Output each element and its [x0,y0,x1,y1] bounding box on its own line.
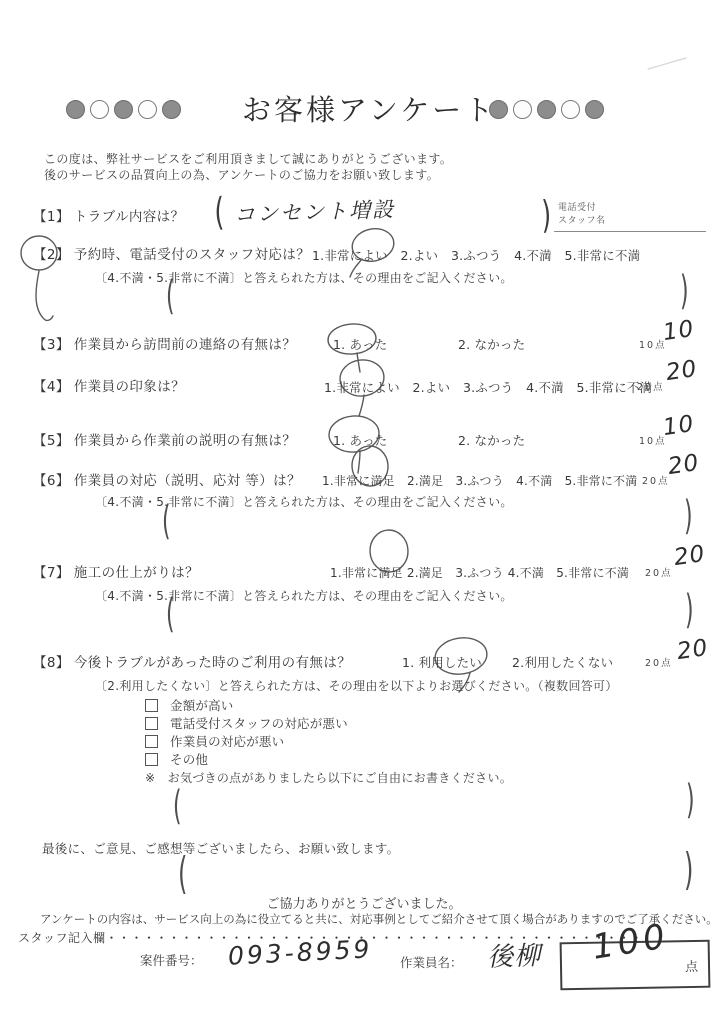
checkbox-reason-other[interactable] [145,753,158,766]
question-4-score-label: 20点 [637,379,665,393]
question-6-text: 作業員の対応（説明、応対 等）は？ [74,473,301,489]
q8-free-open-paren: ( [173,786,182,826]
question-6: 【6】作業員の対応（説明、応対 等）は？ [33,469,301,489]
decor-circle-filled [489,100,508,119]
question-7: 【7】施工の仕上がりは？ [33,561,199,581]
question-7-note: 〔4.不満・5.非常に不満〕と答えられた方は、その理由をご記入ください。 [95,587,513,604]
hw-tail-q5-answer [358,451,360,473]
question-4-score-handwritten: 20 [664,356,699,386]
intro-line-1: この度は、弊社サービスをご利用頂きまして誠にありがとうございます。 [44,150,452,167]
question-1-number: 【1】 [33,209,70,225]
question-6-score-label: 20点 [642,473,670,487]
total-score-unit: 点 [685,956,698,975]
question-5-score-label: 10点 [639,433,667,447]
checkbox-reason-price[interactable] [145,699,158,712]
question-5-option-2: 2. なかった [458,431,525,449]
question-4-options: 1.非常によい 2.よい 3.ふつう 4.不満 5.非常に不満 [324,378,652,396]
question-7-score-label: 20点 [645,565,673,579]
phone-reception-label: 電話受付 [558,200,596,213]
q1-handwritten-answer: コンセント増設 [233,193,395,229]
scan-artifact-line [648,58,686,69]
question-3-option-1: 1. あった [333,335,387,353]
question-7-score-handwritten: 20 [672,541,707,571]
reason-label-other: その他 [170,750,208,768]
question-4-text: 作業員の印象は？ [74,379,185,395]
question-3: 【3】作業員から訪問前の連絡の有無は？ [33,333,296,353]
q6-reason-close-paren: ) [684,496,693,536]
intro-line-2: 後のサービスの品質向上の為、アンケートのご協力をお願い致します。 [44,166,439,183]
question-1: 【1】トラブル内容は？ [33,205,184,225]
thanks-text: ご協力ありがとうございました。 [0,893,728,912]
reason-label-phone-staff: 電話受付スタッフの対応が悪い [170,714,348,732]
question-5-score-handwritten: 10 [661,411,696,441]
header-circles-left [66,99,186,119]
question-8-free-note: ※ お気づきの点がありましたら以下にご自由にお書きください。 [145,769,512,786]
hw-tail-q4-answer [359,395,364,416]
worker-name-label: 作業員名： [400,953,463,971]
checkbox-reason-worker[interactable] [145,735,158,748]
question-5-option-1: 1. あった [333,431,387,449]
case-number-handwritten: 093-8959 [227,934,373,971]
q8-free-close-paren: ) [686,780,695,820]
header-circles-right [489,99,609,119]
question-3-score-handwritten: 10 [661,316,696,346]
staff-name-underline [554,231,706,232]
question-2-text: 予約時、電話受付のスタッフ対応は？ [74,247,310,263]
question-7-text: 施工の仕上がりは？ [74,565,199,581]
question-1-text: トラブル内容は？ [74,209,185,225]
question-2-options: 1.非常によい 2.よい 3.ふつう 4.不満 5.非常に不満 [312,246,640,264]
question-8-number: 【8】 [33,655,70,671]
worker-name-handwritten: 後柳 [486,935,541,974]
q1-staff-close-bracket: ) [541,195,551,233]
decor-circle-empty [90,100,109,119]
question-7-number: 【7】 [33,565,70,581]
question-2-note: 〔4.不満・5.非常に不満〕と答えられた方は、その理由をご記入ください。 [95,269,513,286]
question-4-number: 【4】 [33,379,70,395]
question-8-text: 今後トラブルがあった時のご利用の有無は？ [74,655,351,671]
reason-label-price: 金額が高い [170,696,234,714]
page-title: お客様アンケート [242,88,496,129]
case-number-label: 案件番号： [140,951,203,969]
question-3-option-2: 2. なかった [458,335,525,353]
final-open-paren: ( [178,852,187,896]
q2-reason-close-paren: ) [680,271,689,311]
question-6-note: 〔4.不満・5.非常に不満〕と答えられた方は、その理由をご記入ください。 [95,493,513,510]
decor-circle-empty [561,100,580,119]
question-3-text: 作業員から訪問前の連絡の有無は？ [74,337,296,353]
q7-reason-open-paren: ( [166,594,175,634]
question-4: 【4】作業員の印象は？ [33,375,185,395]
question-8-score-label: 20点 [645,655,673,669]
question-3-score-label: 10点 [639,337,667,351]
staff-name-label: スタッフ名 [558,213,606,226]
question-6-options: 1.非常に満足 2.満足 3.ふつう 4.不満 5.非常に不満 [322,472,637,489]
decor-circle-filled [162,100,181,119]
reason-label-worker: 作業員の対応が悪い [170,732,284,750]
final-close-paren: ) [684,848,693,892]
question-3-number: 【3】 [33,337,70,353]
hw-hook-q2-number [36,271,53,320]
q2-reason-open-paren: ( [166,276,175,316]
decor-circle-filled [114,100,133,119]
question-7-options: 1.非常に満足 2.満足 3.ふつう 4.不満 5.非常に不満 [330,564,629,581]
question-8: 【8】今後トラブルがあった時のご利用の有無は？ [33,651,351,671]
q7-reason-close-paren: ) [685,590,694,630]
decor-circle-filled [66,100,85,119]
decor-circle-filled [537,100,556,119]
question-5-number: 【5】 [33,433,70,449]
q1-answer-open-bracket: ( [214,192,224,230]
decor-circle-empty [513,100,532,119]
question-6-number: 【6】 [33,473,70,489]
question-6-score-handwritten: 20 [666,450,701,480]
question-2: 【2】予約時、電話受付のスタッフ対応は？ [33,243,310,263]
survey-form-page: お客様アンケート この度は、弊社サービスをご利用頂きまして誠にありがとうございま… [0,0,728,1029]
q6-reason-open-paren: ( [162,501,171,541]
question-8-option-1: 1. 利用したい [402,653,482,671]
checkbox-reason-phone-staff[interactable] [145,717,158,730]
final-request-text: 最後に、ご意見、ご感想等ございましたら、お願い致します。 [42,839,399,857]
question-8-option-2: 2.利用したくない [512,653,613,671]
decor-circle-empty [138,100,157,119]
hw-tail-q3-answer [357,353,360,372]
decor-circle-filled [585,100,604,119]
question-2-number: 【2】 [33,247,70,263]
question-5-text: 作業員から作業前の説明の有無は？ [74,433,296,449]
question-5: 【5】作業員から作業前の説明の有無は？ [33,429,296,449]
question-8-score-handwritten: 20 [675,635,710,665]
question-8-note: 〔2.利用したくない〕と答えられた方は、その理由を以下よりお選びください。（複数… [95,677,618,694]
